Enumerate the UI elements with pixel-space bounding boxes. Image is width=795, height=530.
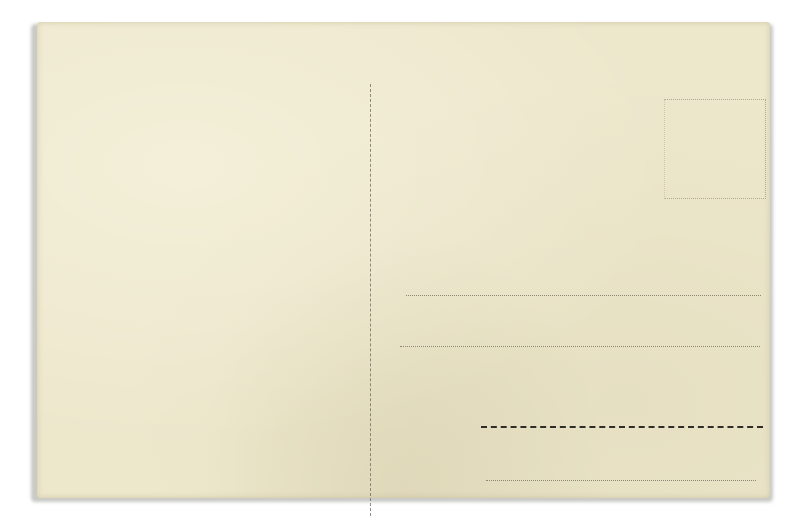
address-line-1 <box>406 295 761 296</box>
address-line-3 <box>481 426 763 428</box>
address-line-4 <box>486 480 756 481</box>
center-divider-line <box>370 84 371 516</box>
postcard <box>37 22 770 498</box>
address-line-2 <box>400 346 760 347</box>
stamp-box <box>664 99 766 199</box>
